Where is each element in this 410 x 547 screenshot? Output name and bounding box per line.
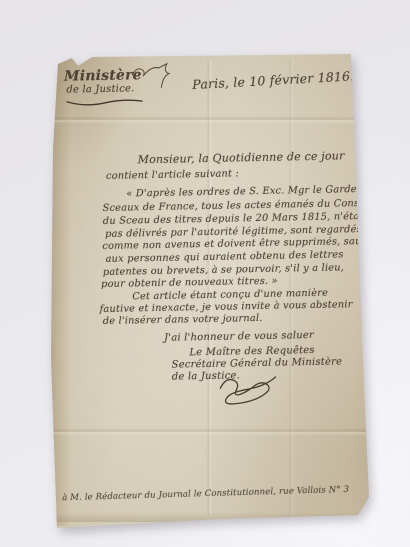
letter-line: contient l'article suivant : <box>106 168 239 182</box>
closing-line: J'ai l'honneur de vous saluer <box>164 330 314 344</box>
letterhead-underline-flourish <box>64 94 144 110</box>
closing-line: Secrétaire Général du Ministère <box>172 356 343 370</box>
letter-line: Monsieur, la Quotidienne de ce jour <box>138 149 345 166</box>
letter-line: pour obtenir de nouveaux titres. » <box>101 276 278 290</box>
paraph-annotation <box>129 59 172 94</box>
letter-line: « D'après les ordres de S. Exc. Mgr le G… <box>126 184 378 200</box>
photo-background: Ministère de la Justice. Paris, le 10 fé… <box>0 0 410 547</box>
letter-line: patentes ou brevets, à se pourvoir, s'il… <box>103 262 344 278</box>
handwriting-layer: Ministère de la Justice. Paris, le 10 fé… <box>0 0 410 547</box>
paper-shadow-wrapper: Ministère de la Justice. Paris, le 10 fé… <box>0 0 410 547</box>
letter-line: de l'insérer dans votre journal. <box>103 313 263 327</box>
document-paper: Ministère de la Justice. Paris, le 10 fé… <box>0 0 410 547</box>
signature-flourish <box>212 369 293 411</box>
address-line: à M. le Rédacteur du Journal le Constitu… <box>62 485 349 504</box>
dateline: Paris, le 10 février 1816. <box>192 68 355 92</box>
